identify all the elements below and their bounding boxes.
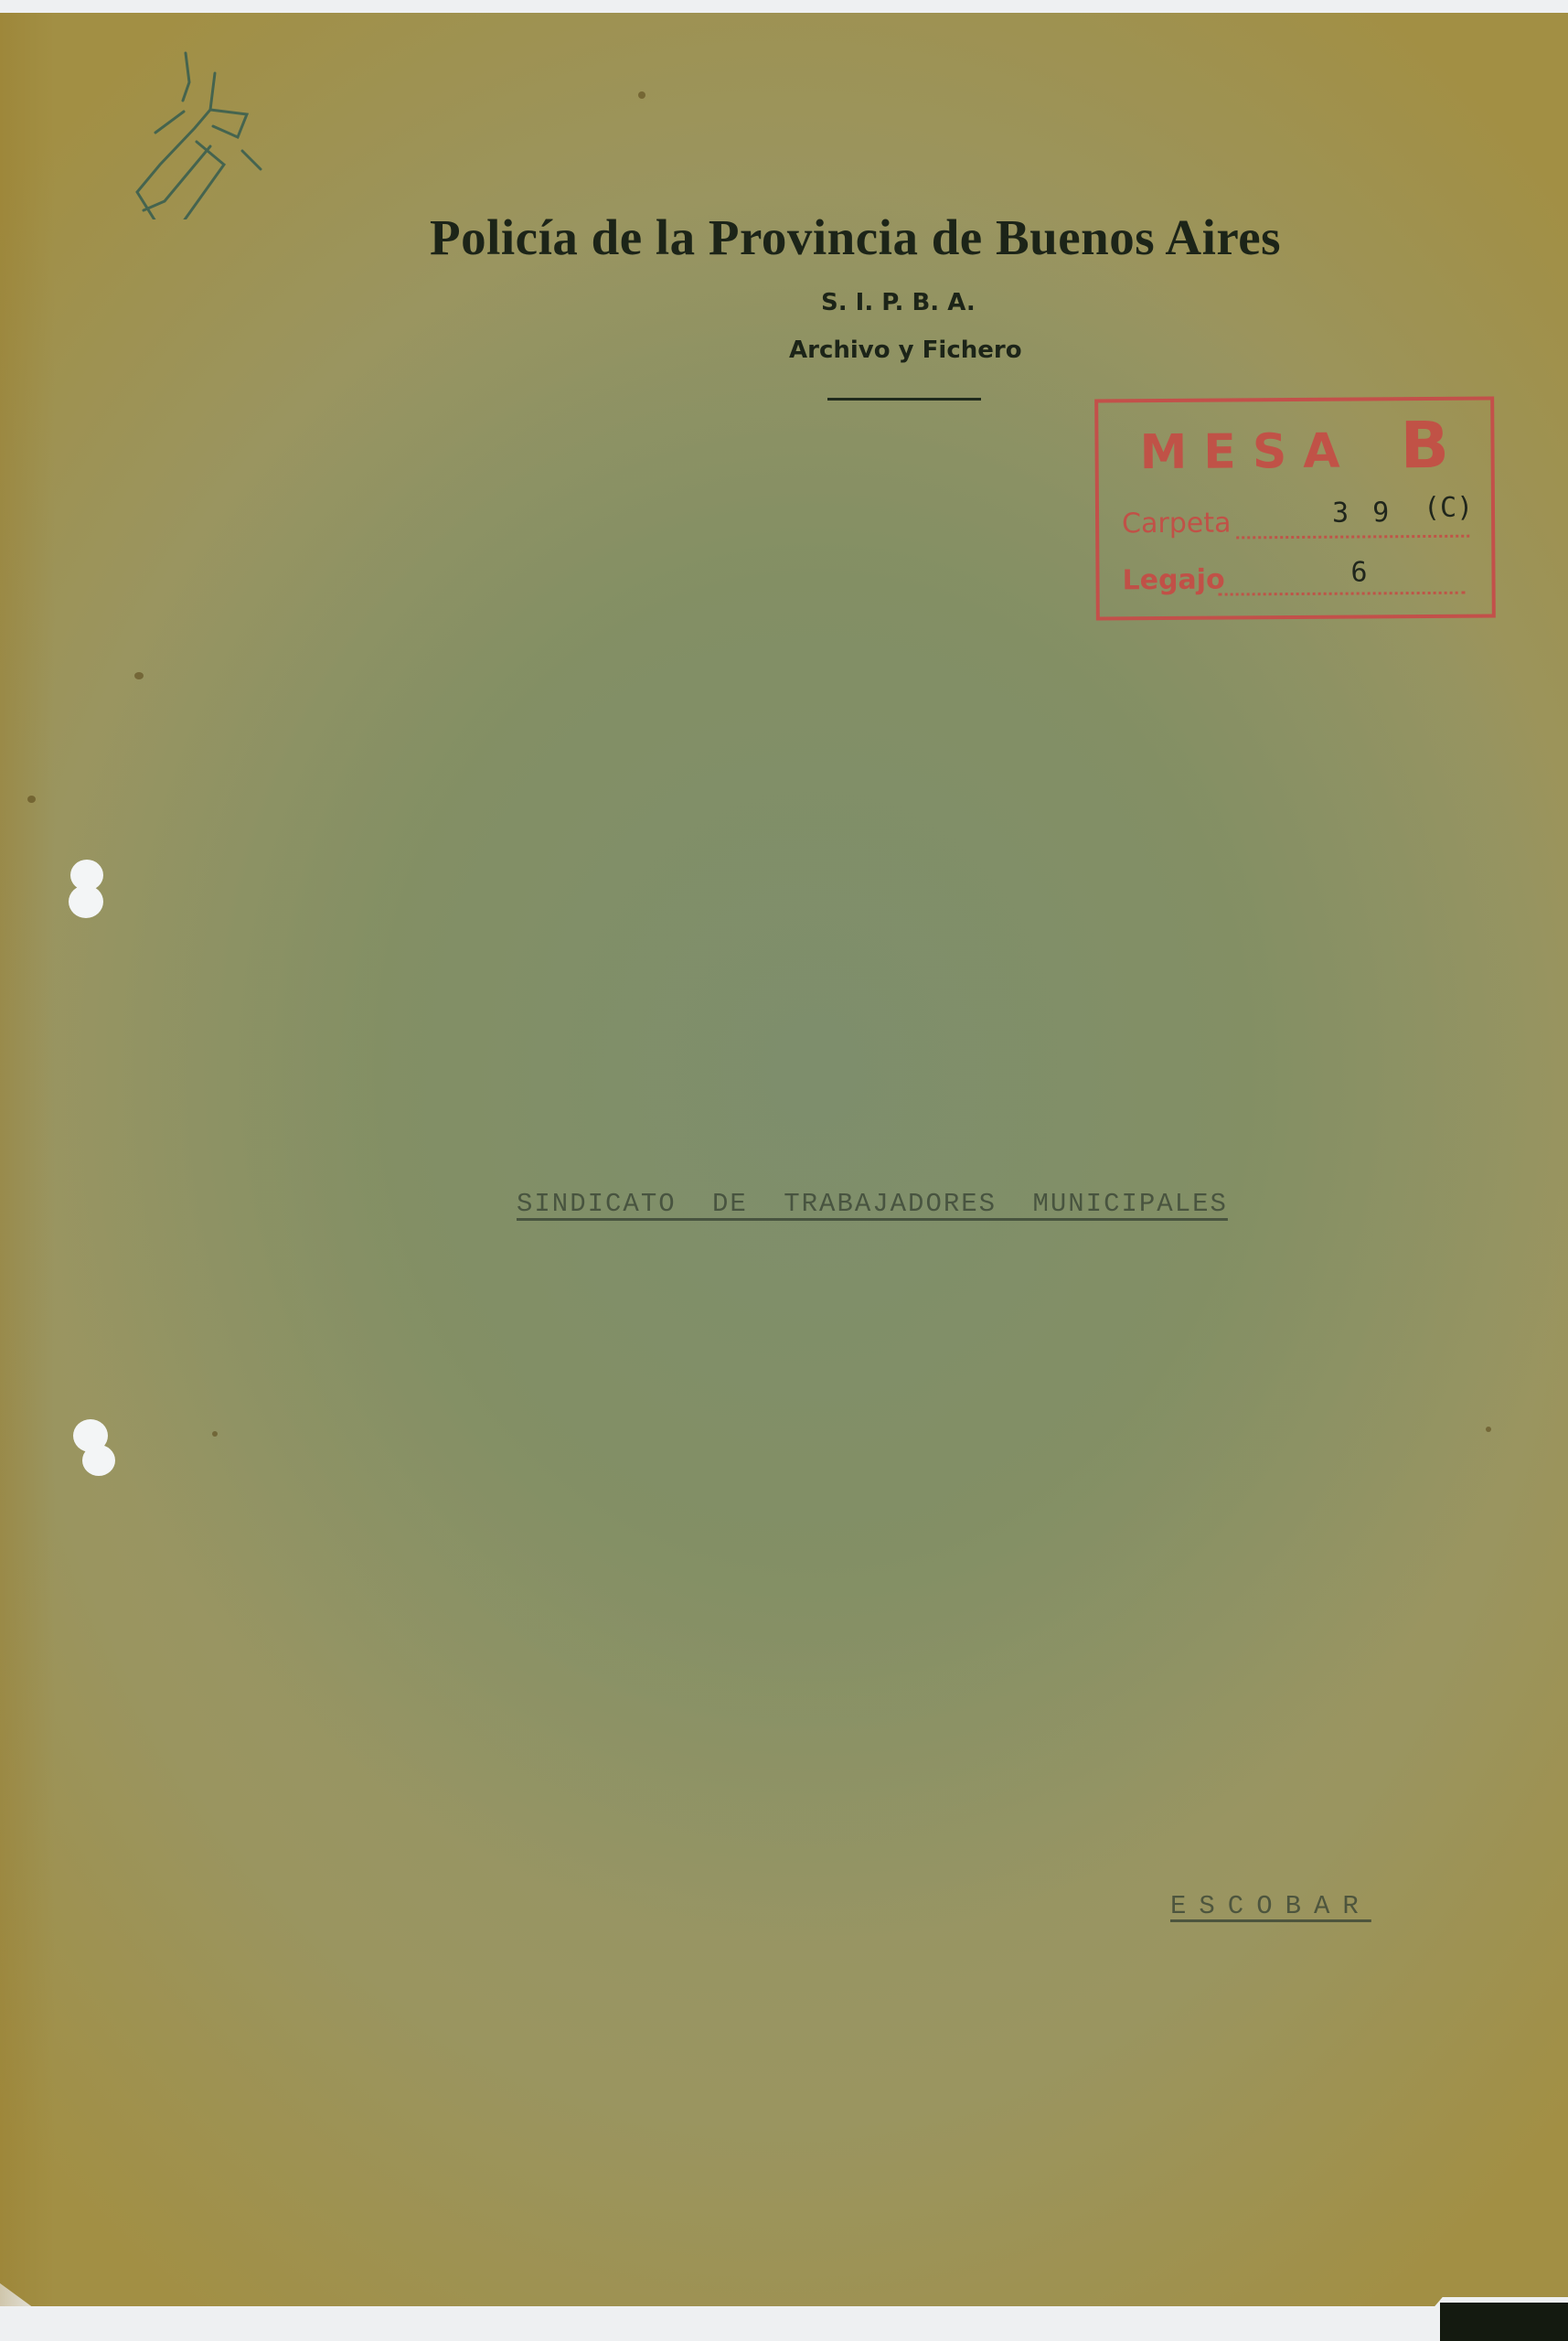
punch-hole-lower-lobe — [82, 1445, 115, 1476]
folder-cover — [0, 13, 1568, 2306]
stamp-value-carpeta-suffix: (C) — [1424, 492, 1473, 524]
mesa-stamp: MESA B Carpeta 3 9 (C) Legajo 6 — [1094, 396, 1496, 620]
stamp-dotted-line-carpeta — [1236, 533, 1469, 540]
scan-background-black — [1440, 2303, 1568, 2341]
agency-title: Policía de la Provincia de Buenos Aires — [430, 208, 1371, 266]
folder-location: ESCOBAR — [1170, 1891, 1371, 1921]
paper-speck — [27, 796, 36, 803]
stamp-letter: B — [1400, 408, 1449, 483]
paper-speck — [638, 91, 645, 99]
agency-acronym: S. I. P. B. A. — [821, 289, 986, 316]
stamp-label-carpeta: Carpeta — [1122, 507, 1232, 540]
folder-edge-shading — [0, 13, 55, 2306]
department-name: Archivo y Fichero — [789, 337, 1027, 364]
stamp-value-carpeta: 3 9 — [1332, 497, 1392, 529]
punch-hole-upper-lower-lobe — [69, 885, 103, 918]
header-divider — [827, 398, 981, 401]
folder-subject: SINDICATO DE TRABAJADORES MUNICIPALES — [517, 1189, 1228, 1219]
paper-speck — [212, 1431, 218, 1437]
pencil-doodle-icon — [123, 46, 270, 219]
stamp-dotted-line-legajo — [1219, 590, 1466, 596]
stamp-label-legajo: Legajo — [1122, 564, 1224, 597]
paper-speck — [1486, 1427, 1491, 1432]
paper-speck — [134, 672, 144, 679]
stamp-value-legajo: 6 — [1350, 556, 1367, 588]
stamp-heading: MESA — [1139, 424, 1356, 481]
